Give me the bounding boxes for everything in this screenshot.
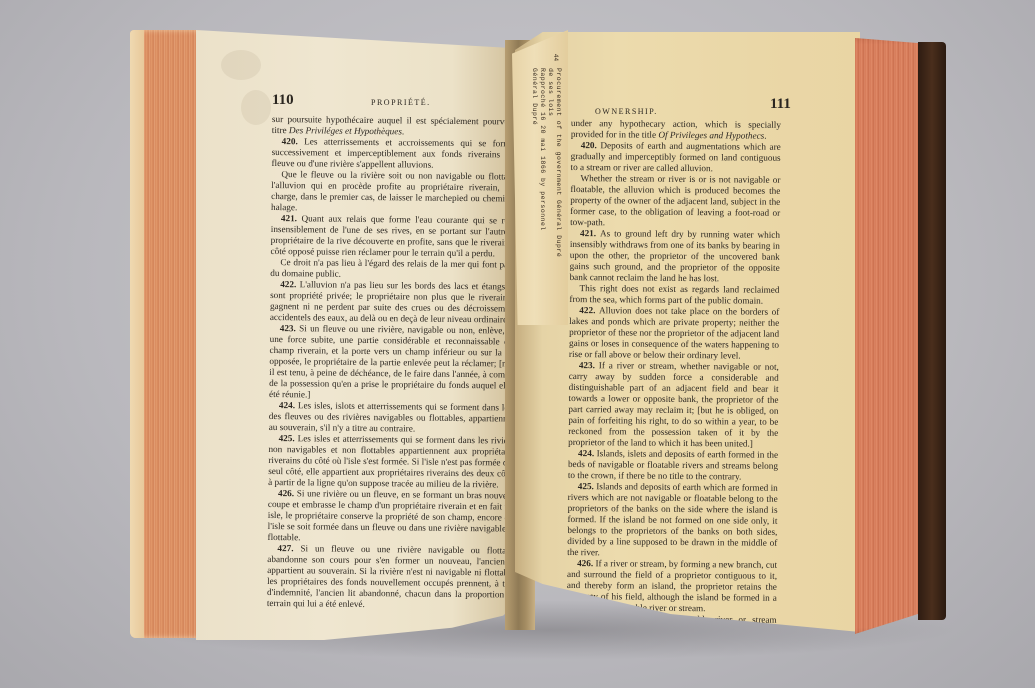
paragraph: 423. If a river or stream, whether navig… — [568, 360, 779, 450]
article-number: 422. — [579, 305, 599, 315]
slip-text: Procurement of the government Général Du… — [530, 68, 562, 257]
photo-scene: 110 PROPRIÉTÉ. sur poursuite hypothécair… — [0, 0, 1035, 688]
paragraph: Ce droit n'a pas lieu à l'égard des rela… — [270, 257, 520, 282]
right-running-head: OWNERSHIP. — [595, 107, 658, 116]
paragraph-text: Islands and deposits of earth which are … — [567, 481, 778, 557]
paragraph-text: Whether the stream or river is or is not… — [570, 173, 780, 227]
paragraph-text: If a river or stream, whether navigable … — [568, 360, 779, 448]
paragraph: 427. Si un fleuve ou une rivière navigab… — [267, 543, 518, 612]
paragraph: Whether the stream or river is or is not… — [570, 173, 780, 230]
paragraph: 422. Alluvion does not take place on the… — [569, 305, 779, 362]
article-number: 420. — [581, 140, 601, 150]
article-number: 421. — [281, 213, 302, 223]
page-stain — [241, 90, 271, 125]
paragraph: 426. Si une rivière ou un fleuve, en se … — [268, 488, 519, 546]
article-number: 423. — [280, 323, 299, 333]
paragraph-text: Les atterrissements et accroissements qu… — [271, 136, 521, 169]
right-page-number: 111 — [770, 96, 791, 113]
page-stain — [221, 50, 261, 80]
paragraph: 424. Les isles, islots et atterrissement… — [269, 400, 519, 436]
slip-line: Rapproché 16 20 mai 1866 by personnel — [538, 68, 546, 257]
paragraph-text: Quant aux relais que forme l'eau courant… — [271, 213, 521, 258]
right-page-text: under any hypothecary action, which is s… — [566, 118, 781, 681]
slip-line: Général Dupré — [530, 68, 538, 257]
article-number: 420. — [282, 136, 305, 146]
left-running-head: PROPRIÉTÉ. — [371, 98, 431, 107]
article-number: 424. — [578, 448, 597, 458]
paragraph-text: Les isles, islots et atterrissements qui… — [269, 400, 519, 433]
paragraph-text: This right does not exist as regards lan… — [569, 283, 779, 306]
paragraph-text: . — [402, 126, 404, 136]
paragraph: 421. Quant aux relais que forme l'eau co… — [271, 213, 521, 260]
paragraph: 425. Islands and deposits of earth which… — [567, 481, 778, 560]
paragraph-text: Que le fleuve ou la rivière soit ou non … — [271, 169, 521, 212]
article-number: 426. — [577, 558, 595, 568]
paragraph: 422. L'alluvion n'a pas lieu sur les bor… — [270, 279, 520, 326]
article-number: 425. — [578, 481, 597, 491]
italic-title: Of Privileges and Hypothecs — [658, 130, 764, 141]
paragraph-text: Alluvion does not take place on the bord… — [569, 305, 779, 360]
paragraph-text: Si un fleuve ou une rivière, navigable o… — [269, 323, 520, 399]
paragraph-text: Les isles et atterrissements qui se form… — [268, 433, 519, 489]
slip-number: 44 — [552, 54, 559, 61]
paragraph: 423. Si un fleuve ou une rivière, naviga… — [269, 323, 520, 403]
paragraph: sur poursuite hypothécaire auquel il est… — [272, 114, 522, 139]
leather-cover — [918, 42, 946, 620]
paragraph: 421. As to ground left dry by running wa… — [570, 228, 780, 285]
left-page: 110 PROPRIÉTÉ. sur poursuite hypothécair… — [196, 30, 516, 640]
article-number: 422. — [280, 279, 300, 289]
left-page-number: 110 — [272, 92, 294, 109]
article-number: 421. — [580, 228, 600, 238]
article-number: 424. — [279, 400, 298, 410]
article-number: 427. — [277, 543, 300, 553]
article-number: 426. — [278, 488, 297, 498]
paragraph: 425. Les isles et atterrissements qui se… — [268, 433, 519, 491]
paragraph: 420. Les atterrissements et accroissemen… — [271, 136, 521, 172]
paragraph-text: Ce droit n'a pas lieu à l'égard des rela… — [270, 257, 520, 279]
paragraph-text: L'alluvion n'a pas lieu sur les bords de… — [270, 279, 520, 324]
paragraph: 420. Deposits of earth and augmentations… — [571, 140, 781, 175]
paragraph-text: Si une rivière ou un fleuve, en se forma… — [268, 488, 519, 542]
article-number: 425. — [279, 433, 298, 443]
paragraph-text: Deposits of earth and augmentations whic… — [571, 140, 781, 173]
bookmark-slip[interactable]: 44 Procurement of the government Général… — [512, 30, 568, 325]
left-page-edges — [130, 30, 200, 638]
paragraph-text: . — [764, 131, 766, 141]
paragraph: 424. Islands, islets and deposits of ear… — [568, 448, 778, 483]
paragraph-text: Si un fleuve ou une rivière navigable ou… — [267, 543, 518, 609]
left-page-text: sur poursuite hypothécaire auquel il est… — [267, 114, 522, 612]
paragraph: Que le fleuve ou la rivière soit ou non … — [271, 169, 521, 216]
paragraph-text: Islands, islets and deposits of earth fo… — [568, 448, 778, 481]
article-number: 423. — [579, 360, 599, 370]
slip-line: Procurement of the government Général Du… — [554, 68, 562, 257]
paragraph: under any hypothecary action, which is s… — [571, 118, 781, 142]
italic-title: Des Priviléges et Hypothèques — [289, 125, 402, 136]
paragraph-text: As to ground left dry by running water w… — [570, 228, 780, 283]
paragraph: This right does not exist as regards lan… — [569, 283, 779, 307]
slip-line: de ses lois — [546, 68, 554, 257]
